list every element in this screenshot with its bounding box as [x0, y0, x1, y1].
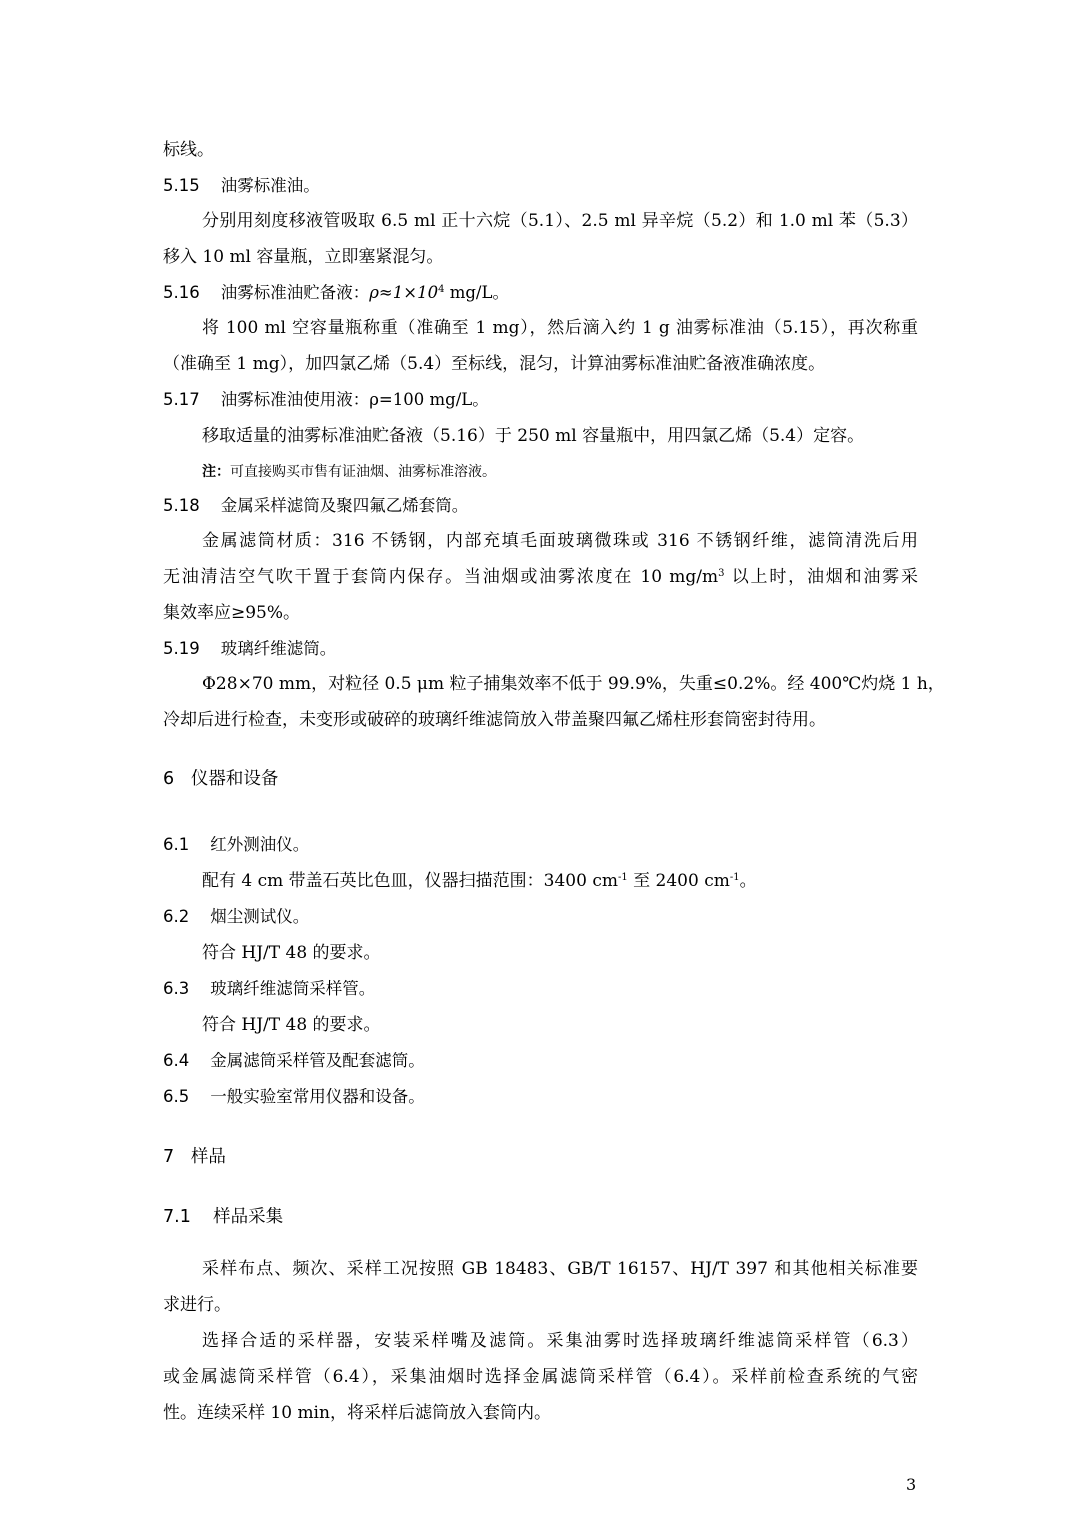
clause-number: 5.15	[163, 176, 200, 195]
text-segment: 至 2400 cm	[628, 871, 730, 891]
paragraph-line: 求进行。	[163, 1293, 918, 1317]
clause-heading-6-2: 6.2 烟尘测试仪。	[163, 905, 918, 929]
clause-title: 烟尘测试仪。	[210, 907, 309, 926]
text-segment: 以上时，油烟和油雾采	[725, 567, 919, 587]
clause-title: 红外测油仪。	[210, 835, 309, 854]
clause-heading-6-4: 6.4 金属滤筒采样管及配套滤筒。	[163, 1049, 918, 1073]
paragraph-line: 集效率应≥95%。	[163, 601, 918, 625]
paragraph-line: 符合 HJ/T 48 的要求。	[202, 941, 918, 965]
clause-heading-6-5: 6.5 一般实验室常用仪器和设备。	[163, 1085, 918, 1109]
clause-number: 5.17	[163, 390, 200, 409]
clause-title: 金属滤筒采样管及配套滤筒。	[210, 1051, 425, 1070]
section-heading-7: 7 样品	[163, 1145, 918, 1169]
formula-exponent: 4	[438, 284, 444, 295]
note-label: 注：	[202, 464, 230, 480]
clause-heading-5-18: 5.18 金属采样滤筒及聚四氟乙烯套筒。	[163, 494, 918, 518]
subsection-number: 7.1	[163, 1207, 191, 1227]
paragraph-line: Φ28×70 mm，对粒径 0.5 μm 粒子捕集效率不低于 99.9%，失重≤…	[202, 672, 918, 696]
clause-number: 6.1	[163, 835, 189, 854]
clause-heading-5-17: 5.17 油雾标准油使用液：ρ=100 mg/L。	[163, 388, 918, 412]
clause-number: 6.4	[163, 1051, 189, 1070]
clause-title: 一般实验室常用仪器和设备。	[210, 1087, 425, 1106]
clause-heading-6-3: 6.3 玻璃纤维滤筒采样管。	[163, 977, 918, 1001]
subsection-heading-7-1: 7.1 样品采集	[163, 1205, 918, 1229]
clause-number: 5.18	[163, 496, 200, 515]
formula-base: ρ≈1×10	[369, 283, 438, 302]
clause-number: 6.2	[163, 907, 189, 926]
paragraph-line: 移入 10 ml 容量瓶，立即塞紧混匀。	[163, 245, 918, 269]
clause-heading-5-16: 5.16 油雾标准油贮备液：ρ≈1×104 mg/L。	[163, 281, 918, 305]
text-segment: 配有 4 cm 带盖石英比色皿，仪器扫描范围：3400 cm	[202, 871, 618, 891]
section-heading-6: 6 仪器和设备	[163, 767, 918, 791]
clause-number: 5.19	[163, 639, 200, 658]
paragraph-line: 金属滤筒材质：316 不锈钢，内部充填毛面玻璃微珠或 316 不锈钢纤维，滤筒清…	[202, 529, 918, 553]
section-title: 仪器和设备	[191, 769, 279, 789]
paragraph-line: 配有 4 cm 带盖石英比色皿，仪器扫描范围：3400 cm-1 至 2400 …	[202, 869, 918, 893]
page-number: 3	[906, 1475, 916, 1494]
section-number: 6	[163, 769, 174, 789]
clause-number: 5.16	[163, 283, 200, 302]
clause-title: 油雾标准油使用液：	[221, 390, 370, 409]
text-segment: 。	[740, 871, 757, 891]
paragraph-line: 将 100 ml 空容量瓶称重（准确至 1 mg），然后滴入约 1 g 油雾标准…	[202, 316, 918, 340]
paragraph-line: 标线。	[163, 138, 918, 162]
paragraph-line: 性。连续采样 10 min，将采样后滤筒放入套筒内。	[163, 1401, 918, 1425]
paragraph-line: 分别用刻度移液管吸取 6.5 ml 正十六烷（5.1）、2.5 ml 异辛烷（5…	[202, 209, 918, 233]
text-segment: 无油清洁空气吹干置于套筒内保存。当油烟或油雾浓度在 10 mg/m	[163, 567, 718, 587]
paragraph-line: 采样布点、频次、采样工况按照 GB 18483、GB/T 16157、HJ/T …	[202, 1257, 918, 1281]
section-number: 7	[163, 1147, 174, 1167]
subsection-title: 样品采集	[213, 1207, 283, 1227]
paragraph-line: 无油清洁空气吹干置于套筒内保存。当油烟或油雾浓度在 10 mg/m3 以上时，油…	[163, 565, 918, 589]
paragraph-line: 符合 HJ/T 48 的要求。	[202, 1013, 918, 1037]
paragraph-line: 或金属滤筒采样管（6.4），采集油烟时选择金属滤筒采样管（6.4）。采样前检查系…	[163, 1365, 918, 1389]
clause-title: 玻璃纤维滤筒采样管。	[210, 979, 375, 998]
clause-title: 玻璃纤维滤筒。	[221, 639, 337, 658]
clause-title: 油雾标准油。	[221, 176, 320, 195]
exponent: 3	[718, 568, 724, 579]
note-text: 可直接购买市售有证油烟、油雾标准溶液。	[230, 464, 496, 480]
clause-title: 金属采样滤筒及聚四氟乙烯套筒。	[221, 496, 469, 515]
exponent: -1	[618, 872, 628, 883]
formula-unit: mg/L。	[444, 283, 508, 302]
clause-number: 6.5	[163, 1087, 189, 1106]
section-title: 样品	[191, 1147, 226, 1167]
clause-title: 油雾标准油贮备液：	[221, 283, 370, 302]
paragraph-line: 移取适量的油雾标准油贮备液（5.16）于 250 ml 容量瓶中，用四氯乙烯（5…	[202, 424, 918, 448]
exponent: -1	[730, 872, 740, 883]
note: 注：可直接购买市售有证油烟、油雾标准溶液。	[202, 460, 918, 484]
paragraph-line: （准确至 1 mg），加四氯乙烯（5.4）至标线，混匀，计算油雾标准油贮备液准确…	[163, 352, 918, 376]
clause-heading-5-19: 5.19 玻璃纤维滤筒。	[163, 637, 918, 661]
paragraph-line: 冷却后进行检查，未变形或破碎的玻璃纤维滤筒放入带盖聚四氟乙烯柱形套筒密封待用。	[163, 708, 918, 732]
clause-heading-5-15: 5.15 油雾标准油。	[163, 174, 918, 198]
formula: ρ≈1×104 mg/L。	[369, 283, 509, 302]
formula: ρ=100 mg/L。	[369, 390, 489, 409]
paragraph-line: 选择合适的采样器，安装采样嘴及滤筒。采集油雾时选择玻璃纤维滤筒采样管（6.3）	[202, 1329, 918, 1353]
clause-heading-6-1: 6.1 红外测油仪。	[163, 833, 918, 857]
clause-number: 6.3	[163, 979, 189, 998]
